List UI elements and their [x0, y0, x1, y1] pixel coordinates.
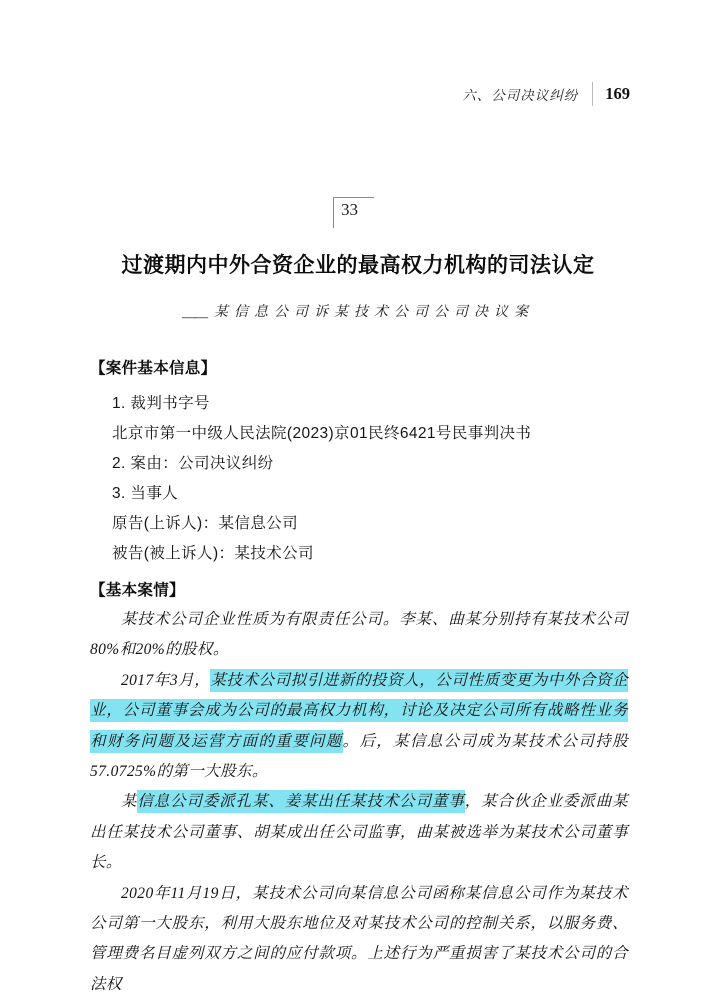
info-line-defendant: 被告(被上诉人)：某技术公司	[90, 539, 628, 569]
basic-info-heading: 【案件基本信息】	[90, 356, 628, 378]
page-number: 169	[605, 84, 630, 104]
document-page: 六、公司决议纠纷 169 33 过渡期内中外合资企业的最高权力机构的司法认定 —…	[0, 0, 716, 999]
paragraph-1: 某技术公司企业性质为有限责任公司。李某、曲某分别持有某技术公司80%和20%的股…	[90, 605, 628, 666]
info-line-parties-label: 3. 当事人	[90, 479, 628, 509]
highlighted-text: 信息公司委派孔某、姜某出任某技术公司董事	[137, 790, 464, 813]
info-line-judgment-number-value: 北京市第一中级人民法院(2023)京01民终6421号民事判决书	[90, 419, 628, 449]
info-line-cause-of-action: 2. 案由：公司决议纠纷	[90, 449, 628, 479]
section-case-facts: 【基本案情】 某技术公司企业性质为有限责任公司。李某、曲某分别持有某技术公司80…	[90, 578, 628, 999]
paragraph-2: 2017年3月，某技术公司拟引进新的投资人，公司性质变更为中外合资企业，公司董事…	[90, 666, 628, 788]
section-basic-info: 【案件基本信息】 1. 裁判书字号 北京市第一中级人民法院(2023)京01民终…	[90, 356, 628, 569]
running-header: 六、公司决议纠纷 169	[462, 82, 630, 106]
case-facts-body: 某技术公司企业性质为有限责任公司。李某、曲某分别持有某技术公司80%和20%的股…	[90, 605, 628, 999]
header-divider	[592, 82, 593, 106]
text-segment: 2017年3月，	[121, 672, 210, 689]
case-number: 33	[341, 200, 358, 219]
info-line-judgment-number-label: 1. 裁判书字号	[90, 389, 628, 419]
subtitle-text: 某信息公司诉某技术公司公司决议案	[214, 305, 534, 320]
paragraph-4: 2020年11月19日，某技术公司向某信息公司函称某信息公司作为某技术公司第一大…	[90, 879, 628, 999]
info-line-plaintiff: 原告(上诉人)：某信息公司	[90, 509, 628, 539]
case-title: 过渡期内中外合资企业的最高权力机构的司法认定	[0, 249, 716, 279]
case-facts-heading: 【基本案情】	[90, 578, 628, 600]
text-segment: 某	[121, 793, 137, 810]
case-subtitle: ——某信息公司诉某技术公司公司决议案	[0, 301, 716, 321]
basic-info-lines: 1. 裁判书字号 北京市第一中级人民法院(2023)京01民终6421号民事判决…	[90, 389, 628, 569]
text-segment: 某技术公司企业性质为有限责任公司。李某、曲某分别持有某技术公司80%和20%的股…	[90, 611, 628, 658]
text-segment: 2020年11月19日，某技术公司向某信息公司函称某信息公司作为某技术公司第一大…	[90, 885, 628, 993]
case-number-marker: 33	[333, 197, 374, 228]
paragraph-3: 某信息公司委派孔某、姜某出任某技术公司董事，某合伙企业委派曲某出任某技术公司董事…	[90, 787, 628, 878]
subtitle-dash: ——	[182, 310, 206, 326]
chapter-label: 六、公司决议纠纷	[462, 84, 578, 104]
